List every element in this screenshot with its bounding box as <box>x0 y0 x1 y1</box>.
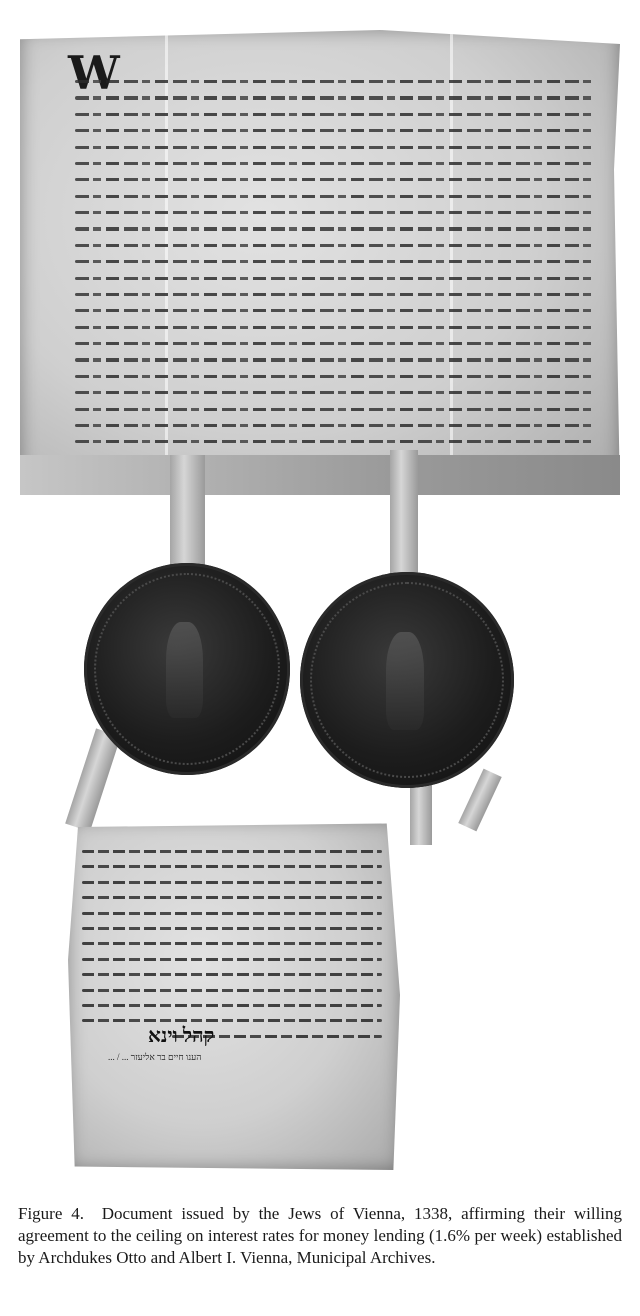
caption-text: Document issued by the Jews of Vienna, 1… <box>18 1204 622 1267</box>
seal-strap-left <box>170 455 205 580</box>
charter-text <box>75 80 595 473</box>
figure-caption: Figure 4. Document issued by the Jews of… <box>18 1203 622 1269</box>
hebrew-subscription: הענו חיים בר אליעזר ... / ... <box>108 1052 201 1062</box>
wax-seal-left <box>84 563 290 775</box>
strap-to-hebrew-doc <box>65 728 121 831</box>
hebrew-text <box>82 850 382 1050</box>
seal-strap-tail <box>410 780 432 845</box>
hebrew-heading: קהל וינא <box>148 1025 214 1048</box>
german-charter: W <box>20 30 620 495</box>
wax-seal-right <box>300 572 514 788</box>
figure-label: Figure 4. <box>18 1204 84 1223</box>
figure-photograph: W קהל וינא הענו חיים בר אליעזר ... / ... <box>0 0 640 1180</box>
seal-strap-tail <box>458 769 501 832</box>
seal-strap-right <box>390 450 418 585</box>
hebrew-document: קהל וינא הענו חיים בר אליעזר ... / ... <box>68 820 400 1170</box>
charter-fold <box>20 455 620 495</box>
